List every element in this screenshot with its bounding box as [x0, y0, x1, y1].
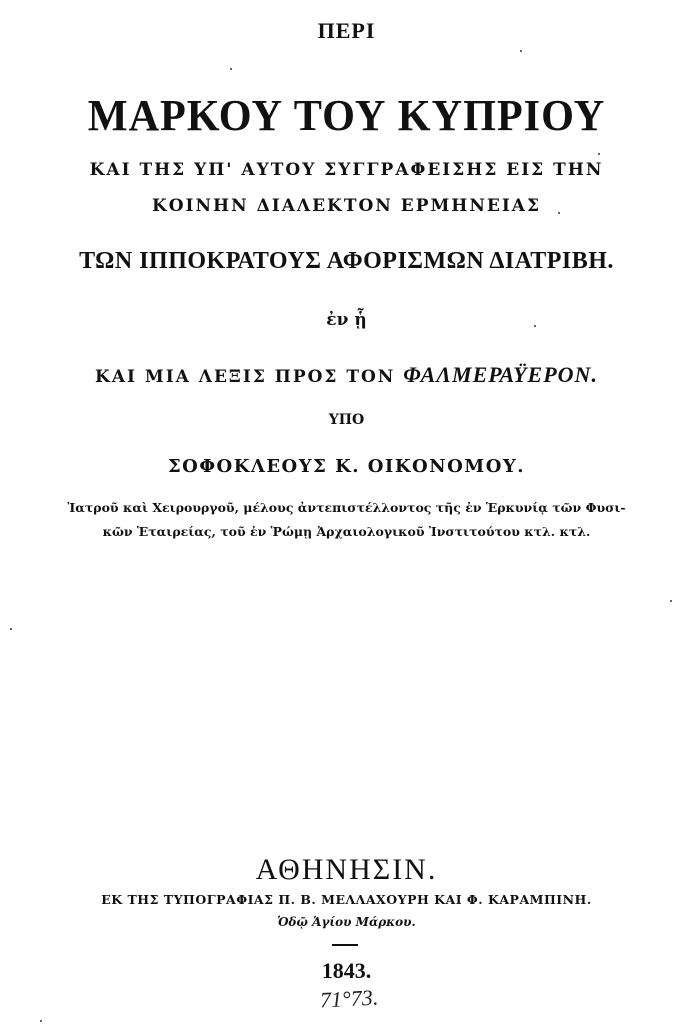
subtitle-line-4-prefix: ΚΑΙ ΜΙΑ ΛΕΞΙΣ ΠΡΟΣ ΤΟΝ — [95, 367, 395, 387]
subtitle-en-h: ἐν ᾗ — [0, 310, 693, 330]
handwritten-shelfmark: 71°73. — [319, 984, 379, 1013]
print-speck — [520, 50, 522, 52]
print-speck — [230, 68, 232, 70]
imprint-year: 1843. — [0, 958, 693, 984]
imprint-street: Ὁδῷ Ἁγίου Μάρκου. — [0, 915, 693, 929]
author-name: ΣΟΦΟΚΛΕΟΥΣ Κ. ΟΙΚΟΝΟΜΟΥ. — [0, 456, 693, 477]
subtitle-line-1: ΚΑΙ ΤΗΣ ΥΠ' ΑΥΤΟΥ ΣΥΓΓΡΑΦΕΙΣΗΣ ΕΙΣ ΤΗΝ — [0, 160, 693, 180]
print-speck — [534, 325, 536, 327]
subtitle-line-2: ΚΟΙΝΗΝ ΔΙΑΛΕΚΤΟΝ ΕΡΜΗΝΕΙΑΣ — [0, 196, 693, 216]
author-description-line-2: κῶν Ἑταιρείας, τοῦ ἐν Ῥώμῃ Ἀρχαιολογικοῦ… — [0, 524, 693, 539]
print-speck — [10, 628, 12, 630]
author-description-line-1: Ἰατροῦ καὶ Χειρουργοῦ, μέλους ἀντεπιστέλ… — [0, 500, 693, 515]
divider-rule — [332, 944, 358, 946]
main-title: ΜΑΡΚΟΥ ΤΟΥ ΚΥΠΡΙΟΥ — [14, 90, 679, 141]
subtitle-line-3: ΤΩΝ ΙΠΠΟΚΡΑΤΟΥΣ ΑΦΟΡΙΣΜΩΝ ΔΙΑΤΡΙΒΗ. — [0, 248, 693, 275]
heading-peri: ΠΕΡΙ — [0, 18, 693, 44]
subtitle-line-4-name: ΦΑΛΜΕΡΑΫΕΡΟΝ. — [403, 362, 598, 387]
print-speck — [670, 600, 672, 602]
imprint-printer: ΕΚ ΤΗΣ ΤΥΠΟΓΡΑΦΙΑΣ Π. Β. ΜΕΛΛΑΧΟΥΡΗ ΚΑΙ … — [0, 892, 693, 907]
print-speck — [40, 1020, 42, 1022]
print-speck — [558, 212, 560, 214]
imprint-city: ΑΘΗΝΗΣΙΝ. — [0, 853, 693, 887]
print-speck — [598, 153, 600, 155]
subtitle-line-4: ΚΑΙ ΜΙΑ ΛΕΞΙΣ ΠΡΟΣ ΤΟΝ ΦΑΛΜΕΡΑΫΕΡΟΝ. — [0, 362, 693, 388]
book-title-page: ΠΕΡΙ ΜΑΡΚΟΥ ΤΟΥ ΚΥΠΡΙΟΥ ΚΑΙ ΤΗΣ ΥΠ' ΑΥΤΟ… — [0, 0, 693, 1033]
by-label: ΥΠΟ — [0, 412, 693, 428]
